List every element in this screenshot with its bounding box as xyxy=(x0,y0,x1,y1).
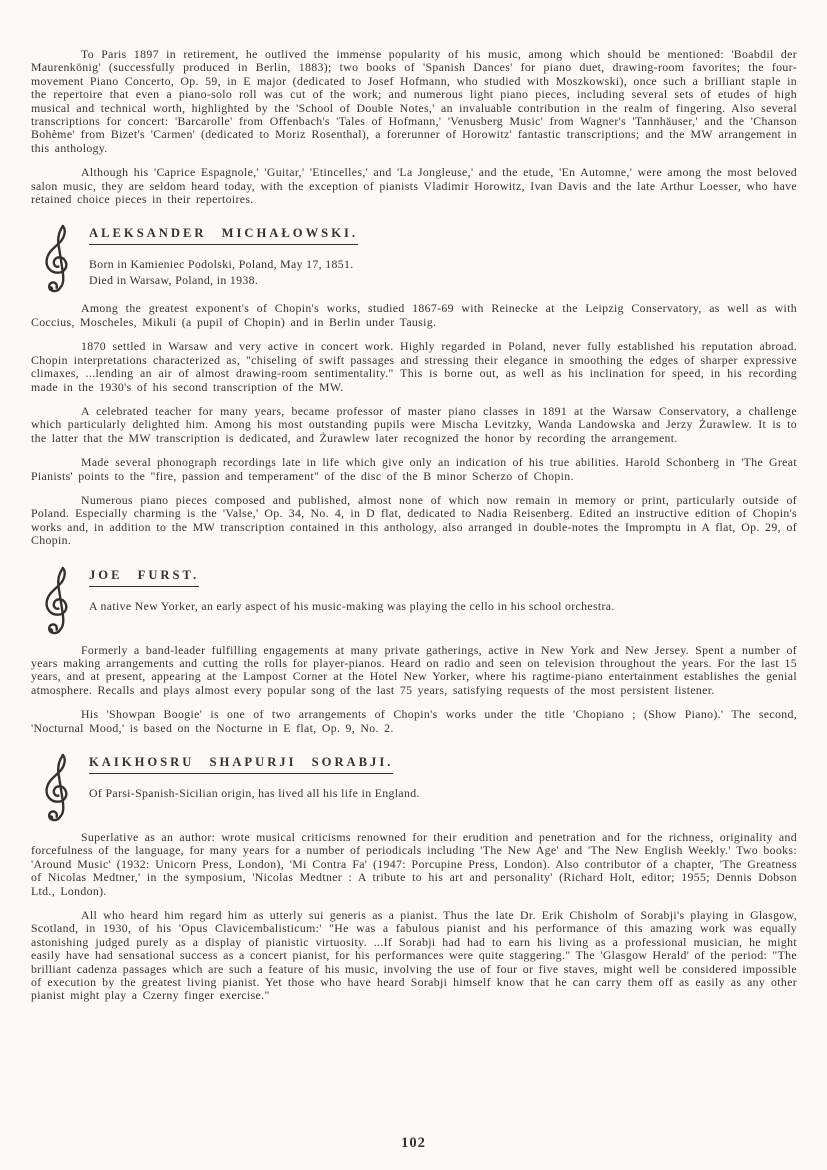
intro-paragraph-1: To Paris 1897 in retirement, he outlived… xyxy=(31,48,797,155)
entry-paragraph: Superlative as an author: wrote musical … xyxy=(31,831,797,898)
page-number: 102 xyxy=(0,1135,827,1152)
entry-paragraph: Made several phonograph recordings late … xyxy=(31,456,797,483)
page-content: To Paris 1897 in retirement, he outlived… xyxy=(0,0,827,1003)
entry-header-text: ALEKSANDER MICHAŁOWSKI. Born in Kamienie… xyxy=(89,219,358,288)
entry-heading: ALEKSANDER MICHAŁOWSKI. xyxy=(89,226,358,245)
entry-paragraph: Formerly a band-leader fulfilling engage… xyxy=(31,644,797,698)
entry-michalowski: ALEKSANDER MICHAŁOWSKI. Born in Kamienie… xyxy=(31,219,797,547)
entry-header-text: JOE FURST. A native New Yorker, an early… xyxy=(89,561,615,615)
entry-header: KAIKHOSRU SHAPURJI SORABJI. Of Parsi-Spa… xyxy=(41,748,797,822)
treble-clef-icon xyxy=(41,561,74,635)
entry-paragraph: A celebrated teacher for many years, bec… xyxy=(31,405,797,445)
entry-header: ALEKSANDER MICHAŁOWSKI. Born in Kamienie… xyxy=(41,219,797,293)
entry-heading: KAIKHOSRU SHAPURJI SORABJI. xyxy=(89,755,393,774)
entry-paragraph: Among the greatest exponent's of Chopin'… xyxy=(31,302,797,329)
intro-paragraph-2: Although his 'Caprice Espagnole,' 'Guita… xyxy=(31,166,797,206)
treble-clef-icon xyxy=(41,748,74,822)
entry-paragraph: His 'Showpan Boogie' is one of two arran… xyxy=(31,708,797,735)
entry-sorabji: KAIKHOSRU SHAPURJI SORABJI. Of Parsi-Spa… xyxy=(31,748,797,1003)
document-page: To Paris 1897 in retirement, he outlived… xyxy=(0,0,827,1170)
entry-header: JOE FURST. A native New Yorker, an early… xyxy=(41,561,797,635)
entry-furst: JOE FURST. A native New Yorker, an early… xyxy=(31,561,797,735)
entry-paragraph: All who heard him regard him as utterly … xyxy=(31,909,797,1003)
entry-paragraph: 1870 settled in Warsaw and very active i… xyxy=(31,340,797,394)
entry-paragraph: Numerous piano pieces composed and publi… xyxy=(31,494,797,548)
treble-clef-icon xyxy=(41,219,74,293)
entry-header-text: KAIKHOSRU SHAPURJI SORABJI. Of Parsi-Spa… xyxy=(89,748,420,802)
bio-line: Born in Kamieniec Podolski, Poland, May … xyxy=(89,257,358,273)
entry-heading: JOE FURST. xyxy=(89,568,199,587)
bio-line: Died in Warsaw, Poland, in 1938. xyxy=(89,273,358,289)
bio-line: Of Parsi-Spanish-Sicilian origin, has li… xyxy=(89,786,420,802)
bio-line: A native New Yorker, an early aspect of … xyxy=(89,599,615,615)
